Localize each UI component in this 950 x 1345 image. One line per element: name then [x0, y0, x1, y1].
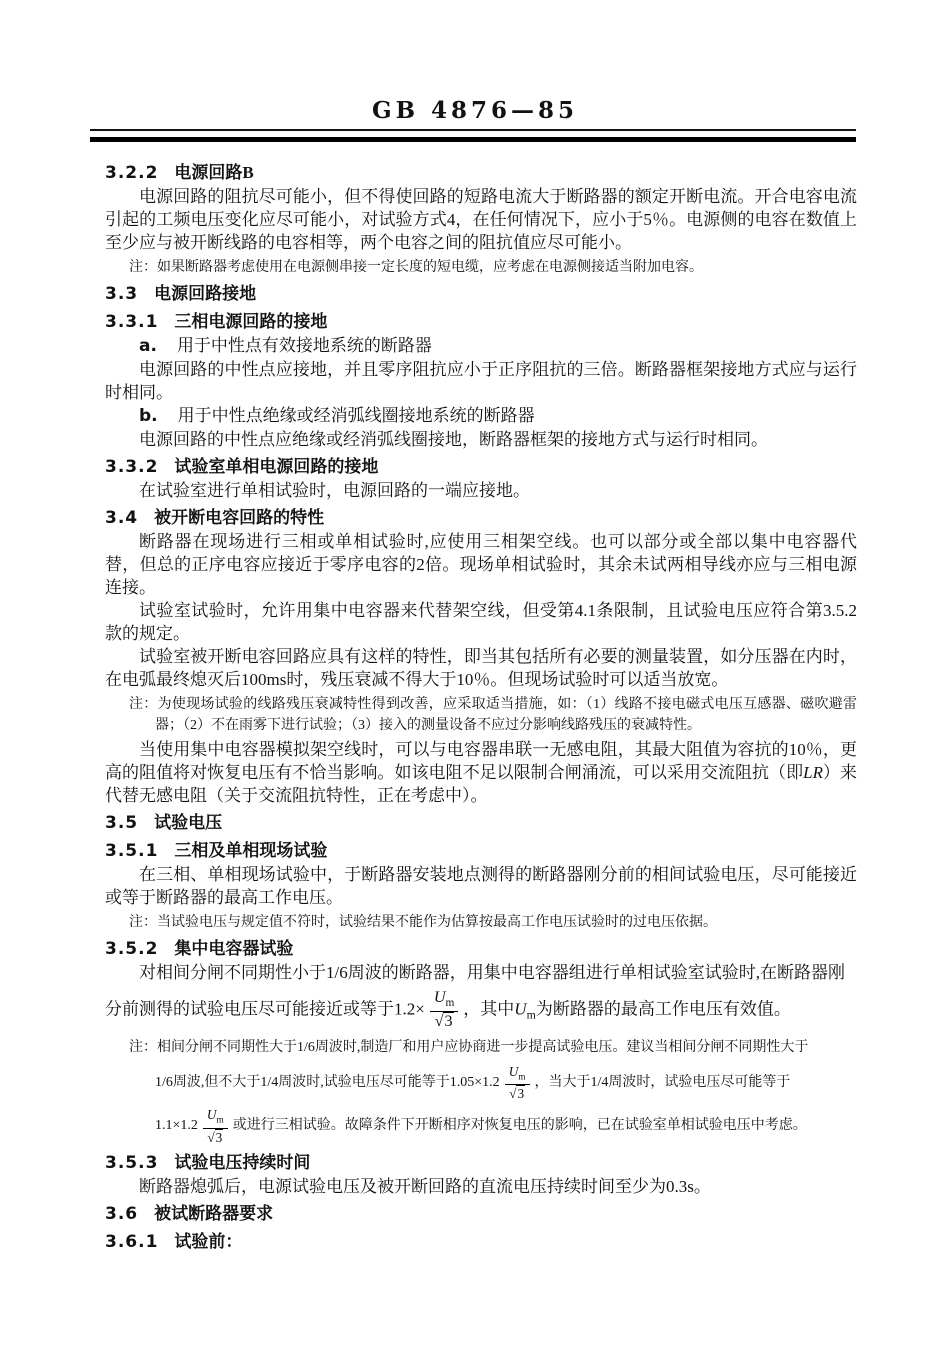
fraction-numerator: Um	[505, 1064, 530, 1085]
fraction-um-sqrt3: Um√3	[430, 989, 458, 1032]
paragraph-text: 当使用集中电容器模拟架空线时，可以与电容器串联一无感电阻，其最大阻值为容抗的10…	[105, 740, 857, 782]
section-3-5-heading: 3.5试验电压	[105, 811, 857, 835]
note-label: 注：	[129, 1040, 157, 1055]
section-3-3-2-heading: 3.3.2试验室单相电源回路的接地	[105, 455, 857, 479]
paragraph-3-3-1-b: 电源回路的中性点应绝缘或经消弧线圈接地，断路器框架的接地方式与运行时相同。	[105, 428, 857, 451]
note-text: 当试验电压与规定值不符时，试验结果不能作为估算按最高工作电压试验时的过电压依据。	[157, 915, 717, 930]
note-3-2-2: 注：如果断路器考虑使用在电源侧串接一定长度的短电缆，应考虑在电源侧接适当附加电容…	[105, 257, 857, 278]
section-3-5-1-title: 三相及单相现场试验	[174, 841, 327, 860]
note-3-5-2-formula-line3: 1.1×1.2Um√3或进行三相试验。故障条件下开断相序对恢复电压的影响，已在试…	[105, 1107, 857, 1145]
section-3-5-3-title: 试验电压持续时间	[174, 1153, 310, 1172]
math-variable-u: U	[509, 1064, 519, 1079]
section-3-2-2-heading: 3.2.2电源回路B	[105, 161, 857, 185]
note-text: 如果断路器考虑使用在电源侧串接一定长度的短电缆，应考虑在电源侧接适当附加电容。	[157, 260, 703, 275]
section-3-5-3-heading: 3.5.3试验电压持续时间	[105, 1151, 857, 1175]
fraction-um-sqrt3: Um√3	[505, 1064, 530, 1102]
section-3-6-1-heading: 3.6.1试验前：	[105, 1230, 857, 1254]
formula-pre-text: 1/6周波,但不大于1/4周波时,试验电压尽可能等于1.05×1.2	[155, 1075, 500, 1090]
paragraph-3-4-4: 当使用集中电容器模拟架空线时，可以与电容器串联一无感电阻，其最大阻值为容抗的10…	[105, 738, 857, 807]
radical-sign: √	[207, 1130, 214, 1145]
note-text: 相间分闸不同期性大于1/6周波时,制造厂和用户应协商进一步提高试验电压。建议当相…	[157, 1040, 808, 1055]
section-3-4-number: 3.4	[105, 508, 138, 528]
section-3-3-1-title: 三相电源回路的接地	[174, 312, 327, 331]
fraction-numerator: Um	[430, 989, 458, 1012]
math-variable-lr: LR	[803, 763, 823, 782]
paragraph-3-5-2-formula-line: 分前测得的试验电压尽可能接近或等于1.2×Um√3，其中Um为断路器的最高工作电…	[105, 989, 857, 1032]
fraction-denominator: √3	[505, 1085, 530, 1101]
note-label: 注：	[129, 915, 157, 930]
radicand: 3	[516, 1085, 525, 1101]
section-3-5-1-number: 3.5.1	[105, 841, 158, 861]
paragraph-3-2-2: 电源回路的阻抗尽可能小，但不得使回路的短路电流大于断路器的额定开断电流。开合电容…	[105, 185, 857, 254]
note-label: 注：	[129, 260, 157, 275]
radicand: 3	[215, 1129, 224, 1145]
section-3-3-number: 3.3	[105, 284, 138, 304]
document-body: 3.2.2电源回路B 电源回路的阻抗尽可能小，但不得使回路的短路电流大于断路器的…	[105, 142, 857, 1254]
paragraph-3-5-2-line1: 对相间分闸不同期性小于1/6周波的断路器，用集中电容器组进行单相试验室试验时,在…	[105, 961, 857, 984]
section-3-4-heading: 3.4被开断电容回路的特性	[105, 506, 857, 530]
section-3-3-2-number: 3.3.2	[105, 457, 158, 477]
formula-pre-text: 分前测得的试验电压尽可能接近或等于1.2×	[105, 999, 425, 1018]
note-3-5-2-line1: 注：相间分闸不同期性大于1/6周波时,制造厂和用户应协商进一步提高试验电压。建议…	[105, 1037, 857, 1058]
fraction-denominator: √3	[430, 1012, 458, 1032]
formula-tail-text: ，当大于1/4周波时，试验电压尽可能等于	[535, 1075, 791, 1090]
paragraph-3-5-1: 在三相、单相现场试验中，于断路器安装地点测得的断路器刚分前的相间试验电压，尽可能…	[105, 863, 857, 909]
fraction-um-sqrt3: Um√3	[203, 1107, 228, 1145]
section-3-4-title: 被开断电容回路的特性	[154, 508, 324, 527]
section-3-3-heading: 3.3电源回路接地	[105, 282, 857, 306]
note-label: 注：	[129, 697, 158, 712]
header-rule-thin	[90, 129, 856, 131]
formula-tail-text: 为断路器的最高工作电压有效值。	[536, 999, 791, 1018]
paragraph-3-5-3: 断路器熄弧后，电源试验电压及被开断回路的直流电压持续时间至少为0.3s。	[105, 1175, 857, 1198]
fraction-numerator: Um	[203, 1107, 228, 1128]
math-subscript-m: m	[217, 1116, 224, 1126]
header-rule	[90, 129, 856, 142]
list-item-b-text: 用于中性点绝缘或经消弧线圈接地系统的断路器	[178, 406, 535, 425]
paragraph-3-4-3: 试验室被开断电容回路应具有这样的特性，即当其包括所有必要的测量装置，如分压器在内…	[105, 645, 857, 691]
note-3-5-2-formula-line2: 1/6周波,但不大于1/4周波时,试验电压尽可能等于1.05×1.2Um√3，当…	[105, 1064, 857, 1102]
section-3-5-number: 3.5	[105, 813, 138, 833]
section-3-3-title: 电源回路接地	[154, 284, 256, 303]
section-3-2-2-title: 电源回路B	[174, 163, 253, 182]
fraction-denominator: √3	[203, 1129, 228, 1145]
math-variable-u: U	[514, 999, 526, 1018]
section-3-5-1-heading: 3.5.1三相及单相现场试验	[105, 839, 857, 863]
section-3-6-1-title: 试验前：	[174, 1232, 242, 1251]
section-3-6-1-number: 3.6.1	[105, 1232, 158, 1252]
paragraph-3-4-2: 试验室试验时，允许用集中电容器来代替架空线，但受第4.1条限制，且试验电压应符合…	[105, 599, 857, 645]
section-3-3-1-heading: 3.3.1三相电源回路的接地	[105, 310, 857, 334]
math-subscript-m: m	[518, 1072, 525, 1082]
section-3-2-2-number: 3.2.2	[105, 163, 158, 183]
list-item-b: b.用于中性点绝缘或经消弧线圈接地系统的断路器	[105, 404, 857, 428]
paragraph-3-3-2: 在试验室进行单相试验时，电源回路的一端应接地。	[105, 479, 857, 502]
formula-tail-text: 或进行三相试验。故障条件下开断相序对恢复电压的影响，已在试验室单相试验电压中考虑…	[233, 1118, 807, 1133]
standard-code: GB 4876—85	[0, 0, 950, 124]
paragraph-3-3-1-a: 电源回路的中性点应接地，并且零序阻抗应小于正序阻抗的三倍。断路器框架接地方式应与…	[105, 358, 857, 404]
note-3-5-1: 注：当试验电压与规定值不符时，试验结果不能作为估算按最高工作电压试验时的过电压依…	[105, 912, 857, 933]
list-item-a-label: a.	[139, 336, 157, 356]
math-subscript-m: m	[527, 1008, 536, 1022]
list-item-a-text: 用于中性点有效接地系统的断路器	[177, 336, 432, 355]
radicand: 3	[443, 1012, 453, 1030]
section-3-5-2-number: 3.5.2	[105, 939, 158, 959]
section-3-3-2-title: 试验室单相电源回路的接地	[174, 457, 378, 476]
math-variable-u: U	[207, 1107, 217, 1122]
list-item-a: a.用于中性点有效接地系统的断路器	[105, 334, 857, 358]
note-3-4: 注：为使现场试验的线路残压衰减特性得到改善，应采取适当措施，如：（1）线路不接电…	[105, 694, 857, 736]
section-3-3-1-number: 3.3.1	[105, 312, 158, 332]
section-3-5-2-heading: 3.5.2集中电容器试验	[105, 937, 857, 961]
document-page: GB 4876—85 3.2.2电源回路B 电源回路的阻抗尽可能小，但不得使回路…	[0, 0, 950, 1345]
section-3-6-number: 3.6	[105, 1204, 138, 1224]
section-3-6-heading: 3.6被试断路器要求	[105, 1202, 857, 1226]
paragraph-3-4-1: 断路器在现场进行三相或单相试验时,应使用三相架空线。也可以部分或全部以集中电容器…	[105, 530, 857, 599]
section-3-5-3-number: 3.5.3	[105, 1153, 158, 1173]
math-subscript-m: m	[446, 997, 455, 1009]
list-item-b-label: b.	[139, 406, 158, 426]
math-variable-u: U	[434, 989, 446, 1006]
note-text: 为使现场试验的线路残压衰减特性得到改善，应采取适当措施，如：（1）线路不接电磁式…	[155, 697, 857, 733]
formula-pre-text: 1.1×1.2	[155, 1118, 198, 1133]
section-3-5-2-title: 集中电容器试验	[174, 939, 293, 958]
section-3-5-title: 试验电压	[154, 813, 222, 832]
section-3-6-title: 被试断路器要求	[154, 1204, 273, 1223]
formula-mid-text: ，其中	[463, 999, 514, 1018]
